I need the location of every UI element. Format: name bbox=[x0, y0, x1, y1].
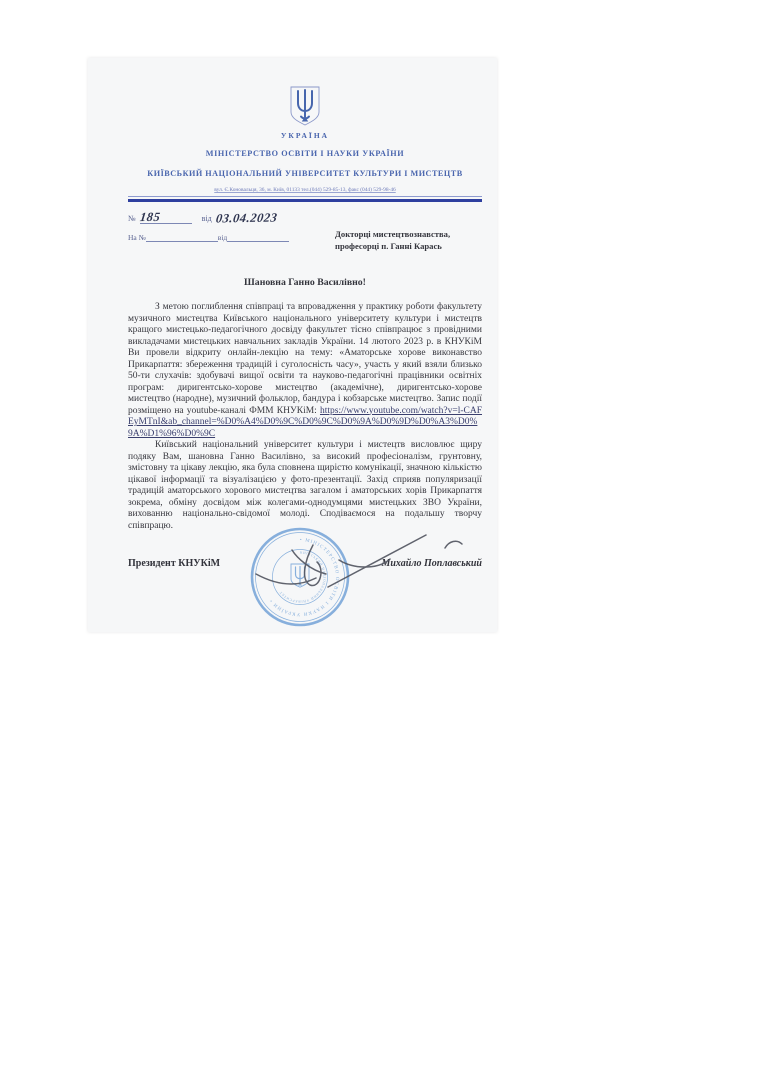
reply-date-blank bbox=[227, 241, 289, 242]
reply-number-blank bbox=[146, 241, 218, 242]
paragraph-1: З метою поглиблення співпраці та впровад… bbox=[128, 302, 482, 440]
reply-date-label: від bbox=[218, 233, 227, 242]
salutation: Шановна Ганно Василівно! bbox=[128, 277, 482, 289]
letterhead-ministry: МІНІСТЕРСТВО ОСВІТИ І НАУКИ УКРАЇНИ bbox=[128, 149, 482, 159]
letterhead-country: УКРАЇНА bbox=[128, 131, 482, 141]
reference-number-line: № 185 від 03.04.2023 bbox=[128, 209, 482, 224]
scanned-letter-screenshot: { "letterhead": { "country": "УКРАЇНА", … bbox=[0, 0, 768, 1086]
letter-content: УКРАЇНА МІНІСТЕРСТВО ОСВІТИ І НАУКИ УКРА… bbox=[88, 58, 497, 632]
scanned-page: УКРАЇНА МІНІСТЕРСТВО ОСВІТИ І НАУКИ УКРА… bbox=[88, 58, 497, 632]
signature-row: Президент КНУКіМ Михайло Поплавський bbox=[128, 558, 482, 569]
signer-title: Президент КНУКіМ bbox=[128, 558, 220, 569]
date-label: від bbox=[202, 214, 212, 223]
reply-number-label: На № bbox=[128, 233, 146, 242]
letterhead-divider bbox=[128, 196, 482, 202]
recipient-block: Докторці мистецтвознавства, професорці п… bbox=[335, 228, 500, 252]
recipient-line-2: професорці п. Ганні Карась bbox=[335, 240, 500, 252]
letterhead-university: КИЇВСЬКИЙ НАЦІОНАЛЬНИЙ УНІВЕРСИТЕТ КУЛЬТ… bbox=[128, 169, 482, 179]
number-blank: 185 bbox=[140, 212, 192, 224]
number-label: № bbox=[128, 214, 136, 223]
letterhead-address: вул. Є.Коновальця, 36, м. Київ, 01133 те… bbox=[128, 187, 482, 194]
paragraph-2: Київський національний університет культ… bbox=[128, 440, 482, 532]
handwritten-number: 185 bbox=[139, 212, 161, 223]
ukraine-trident-emblem-icon bbox=[288, 86, 322, 126]
recipient-line-1: Докторці мистецтвознавства, bbox=[335, 228, 500, 240]
paragraph-1-text: З метою поглиблення співпраці та впровад… bbox=[128, 302, 482, 416]
letter-body: З метою поглиблення співпраці та впровад… bbox=[128, 302, 482, 532]
handwritten-date: 03.04.2023 bbox=[215, 212, 278, 224]
signer-name: Михайло Поплавський bbox=[381, 558, 482, 569]
